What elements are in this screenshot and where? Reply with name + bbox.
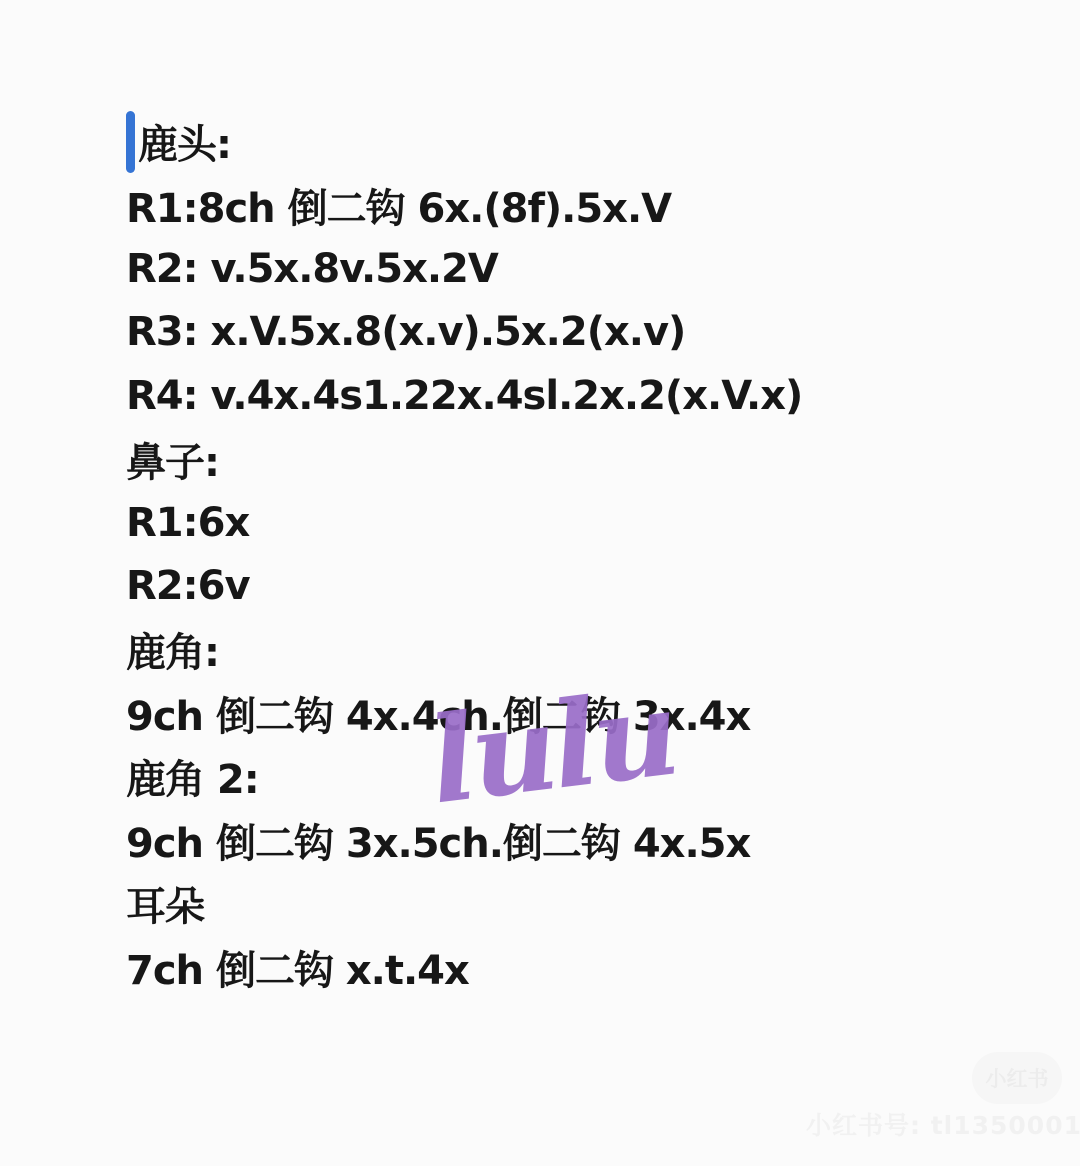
xiaohongshu-account-id-watermark: 小红书号: tl1350001355	[806, 1106, 1080, 1142]
section-heading-antler: 鹿角:	[126, 618, 802, 682]
pattern-line-r1: R1:8ch 倒二钩 6x.(8f).5x.V	[126, 174, 802, 238]
pattern-line-ear: 7ch 倒二钩 x.t.4x	[126, 936, 802, 1000]
section-heading-ear: 耳朵	[126, 872, 802, 936]
section-heading-antler-2: 鹿角 2:	[126, 745, 802, 809]
section-heading-nose: 鼻子:	[126, 428, 802, 492]
crochet-pattern-note: 鹿头: R1:8ch 倒二钩 6x.(8f).5x.V R2: v.5x.8v.…	[126, 110, 802, 999]
section-heading-label: 鹿头:	[138, 113, 231, 170]
pattern-line-r2: R2: v.5x.8v.5x.2V	[126, 237, 802, 301]
pattern-line-antler-2: 9ch 倒二钩 3x.5ch.倒二钩 4x.5x	[126, 809, 802, 873]
pattern-line-r3: R3: x.V.5x.8(x.v).5x.2(x.v)	[126, 301, 802, 365]
pattern-line-r4: R4: v.4x.4s1.22x.4sl.2x.2(x.V.x)	[126, 364, 802, 428]
text-cursor-bar	[126, 111, 135, 173]
pattern-line-nose-r2: R2:6v	[126, 555, 802, 619]
section-heading-deer-head: 鹿头:	[126, 110, 802, 174]
xiaohongshu-logo-badge: 小红书	[972, 1052, 1062, 1104]
pattern-line-antler-1: 9ch 倒二钩 4x.4ch.倒二钩 3x.4x	[126, 682, 802, 746]
pattern-line-nose-r1: R1:6x	[126, 491, 802, 555]
